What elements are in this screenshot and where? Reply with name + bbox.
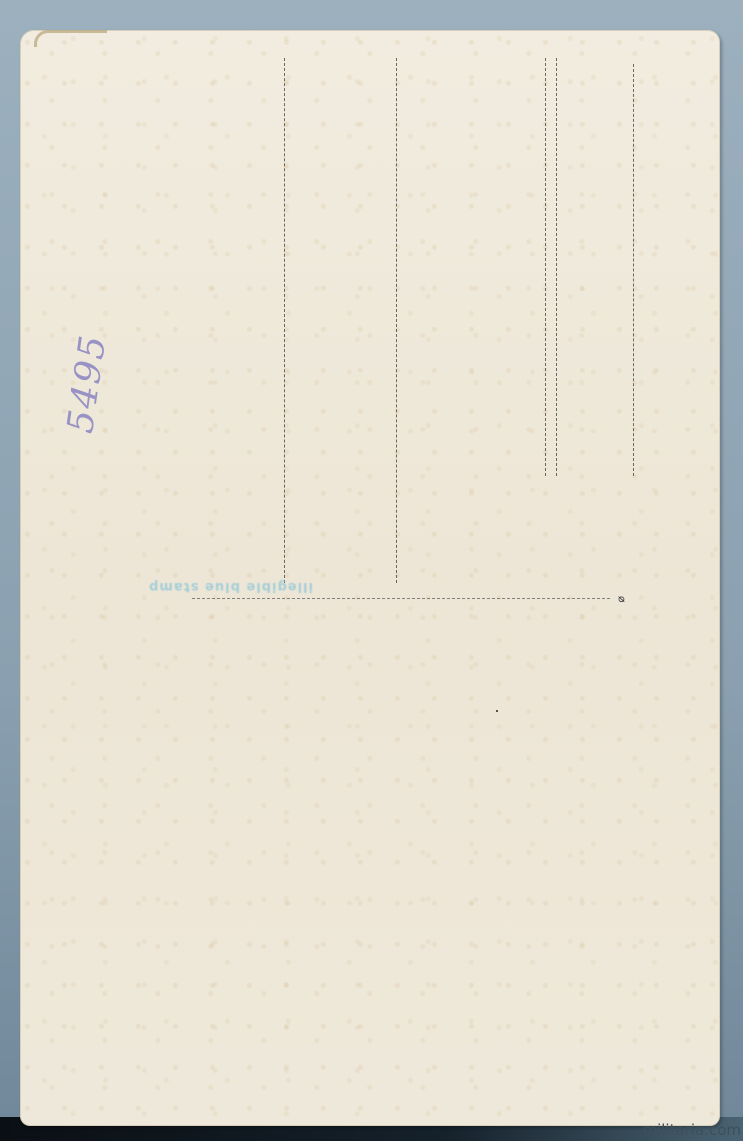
faded-stamp-text: illegible blue stamp xyxy=(148,579,313,594)
watermark: militaria.com xyxy=(642,1121,741,1139)
divider-line-4 xyxy=(556,58,557,476)
handwritten-number: 5495 xyxy=(60,331,114,435)
corner-wear xyxy=(34,30,107,47)
divider-line-2 xyxy=(396,58,397,583)
divider-line-5 xyxy=(633,64,634,476)
postcard-back: illegible blue stamp ᴓ 5495 xyxy=(20,30,720,1126)
ink-dot xyxy=(496,710,498,712)
horizontal-divider xyxy=(192,598,610,599)
divider-line-1 xyxy=(284,58,285,583)
divider-line-3 xyxy=(545,58,546,476)
printer-mark: ᴓ xyxy=(618,594,625,605)
